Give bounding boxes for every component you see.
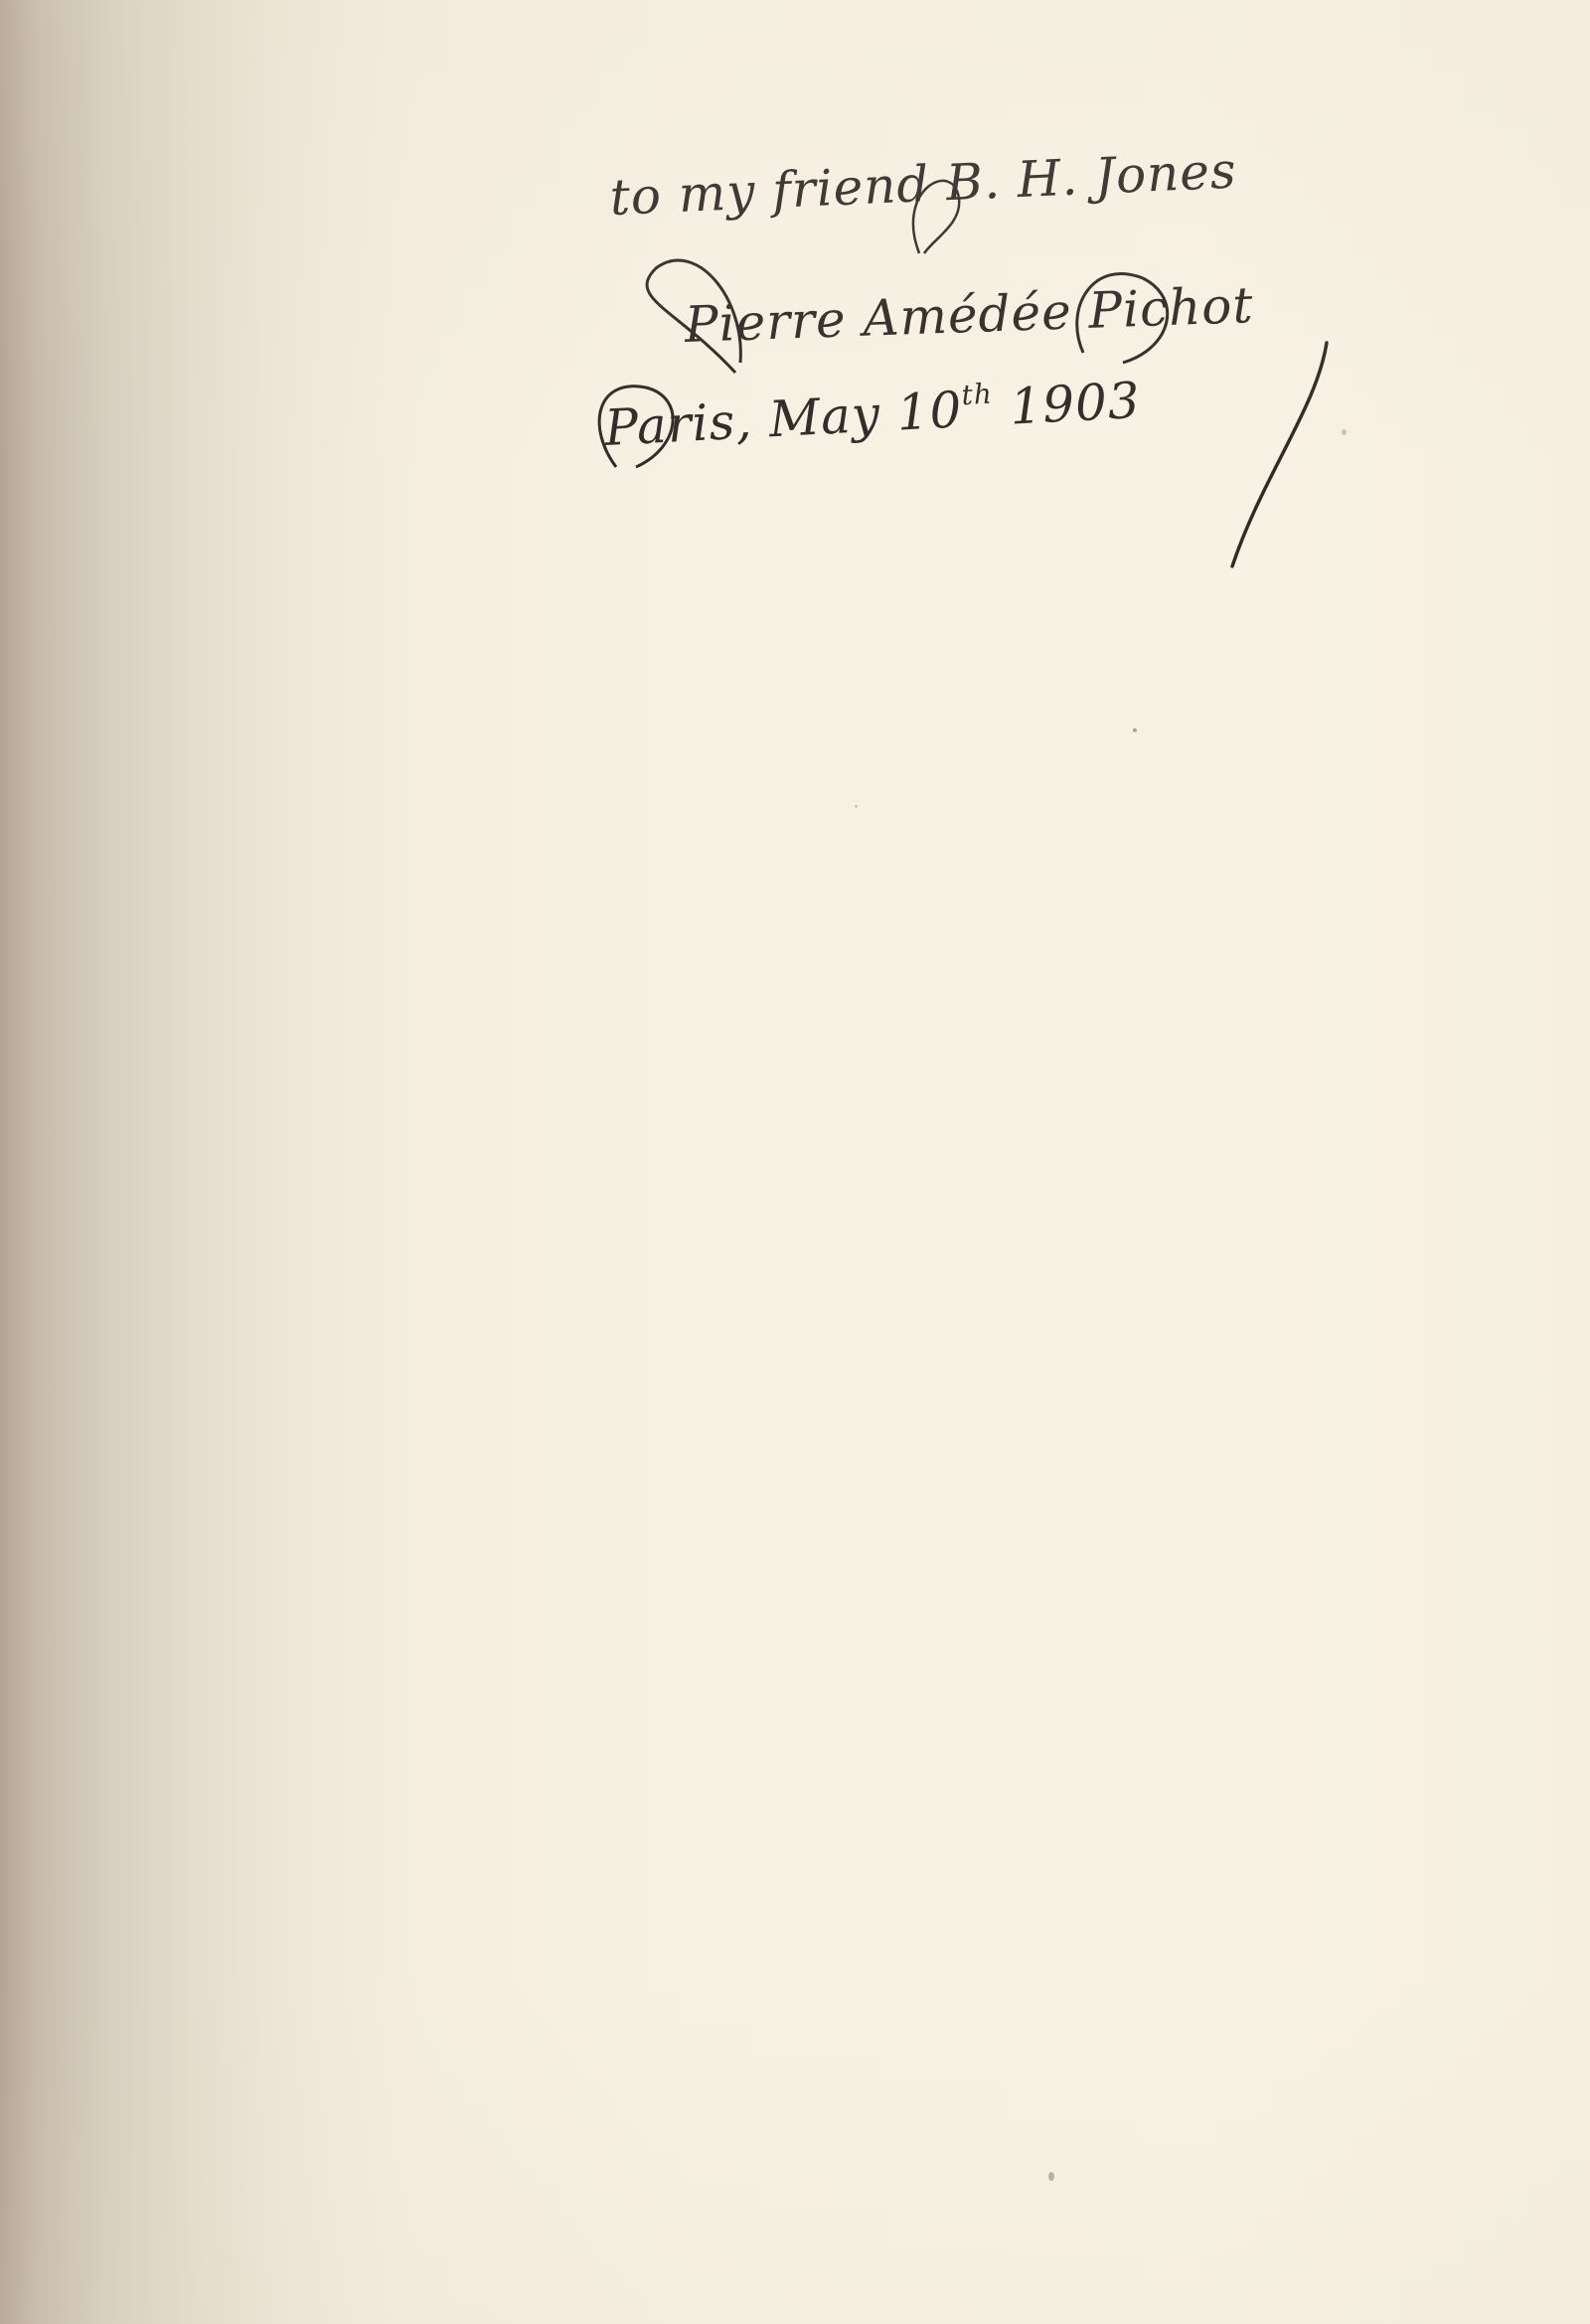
handwritten-inscription: to my friend B. H. Jones Pierre Amédée P… [586,149,1342,576]
paper-speck [1133,728,1137,732]
book-page: to my friend B. H. Jones Pierre Amédée P… [0,0,1590,2324]
date-ordinal-suffix: th [961,378,994,412]
paper-speck [1048,2172,1054,2181]
date-year: 1903 [1009,372,1142,436]
paper-speck [855,805,858,808]
paper-speck [1342,429,1347,435]
